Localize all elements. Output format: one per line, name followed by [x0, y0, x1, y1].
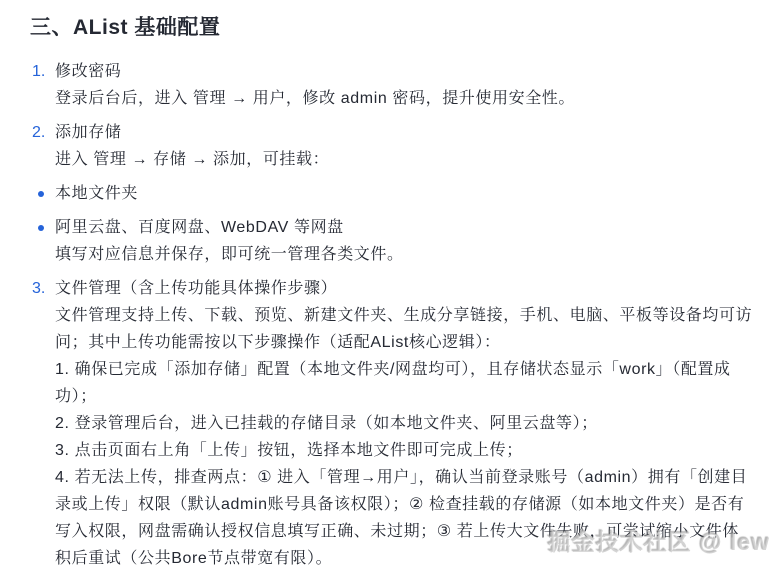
list-item-add-storage: 2. 添加存储 进入 管理 → 存储 → 添加，可挂载：	[30, 119, 755, 173]
article-body: 1. 修改密码 登录后台后，进入 管理 → 用户，修改 admin 密码，提升使…	[30, 58, 755, 569]
section-heading: 三、AList 基础配置	[30, 13, 755, 43]
bullet-icon	[38, 191, 44, 197]
article-page: 三、AList 基础配置 1. 修改密码 登录后台后，进入 管理 → 用户，修改…	[0, 0, 779, 569]
list-item-body: 进入 管理 → 存储 → 添加，可挂载：	[55, 146, 755, 173]
watermark: 掘金技术社区 @ lew	[548, 524, 770, 557]
list-item-body: 登录后台后，进入 管理 → 用户，修改 admin 密码，提升使用安全性。	[55, 85, 755, 112]
bullet-item-local-folder: 本地文件夹	[30, 180, 755, 207]
list-item-title: 文件管理（含上传功能具体操作步骤）	[55, 275, 755, 302]
list-item-title: 添加存储	[55, 119, 755, 146]
list-marker: 2.	[32, 119, 45, 146]
upload-step: 3. 点击页面右上角「上传」按钮，选择本地文件即可完成上传；	[55, 437, 755, 464]
bullet-item-cloud-drives: 阿里云盘、百度网盘、WebDAV 等网盘 填写对应信息并保存，即可统一管理各类文…	[30, 214, 755, 268]
article-content: 三、AList 基础配置 1. 修改密码 登录后台后，进入 管理 → 用户，修改…	[0, 0, 779, 569]
list-marker: 1.	[32, 58, 45, 85]
file-management-intro: 文件管理支持上传、下载、预览、新建文件夹、生成分享链接，手机、电脑、平板等设备均…	[55, 302, 755, 356]
list-item-title: 本地文件夹	[55, 180, 755, 207]
list-item-title: 阿里云盘、百度网盘、WebDAV 等网盘	[55, 214, 755, 241]
upload-step: 1. 确保已完成「添加存储」配置（本地文件夹/网盘均可），且存储状态显示「wor…	[55, 356, 755, 410]
list-item-title: 修改密码	[55, 58, 755, 85]
upload-step: 2. 登录管理后台，进入已挂载的存储目录（如本地文件夹、阿里云盘等）；	[55, 410, 755, 437]
list-item-body: 填写对应信息并保存，即可统一管理各类文件。	[55, 241, 755, 268]
list-item-change-password: 1. 修改密码 登录后台后，进入 管理 → 用户，修改 admin 密码，提升使…	[30, 58, 755, 112]
list-marker: 3.	[32, 275, 45, 302]
bullet-icon	[38, 225, 44, 231]
